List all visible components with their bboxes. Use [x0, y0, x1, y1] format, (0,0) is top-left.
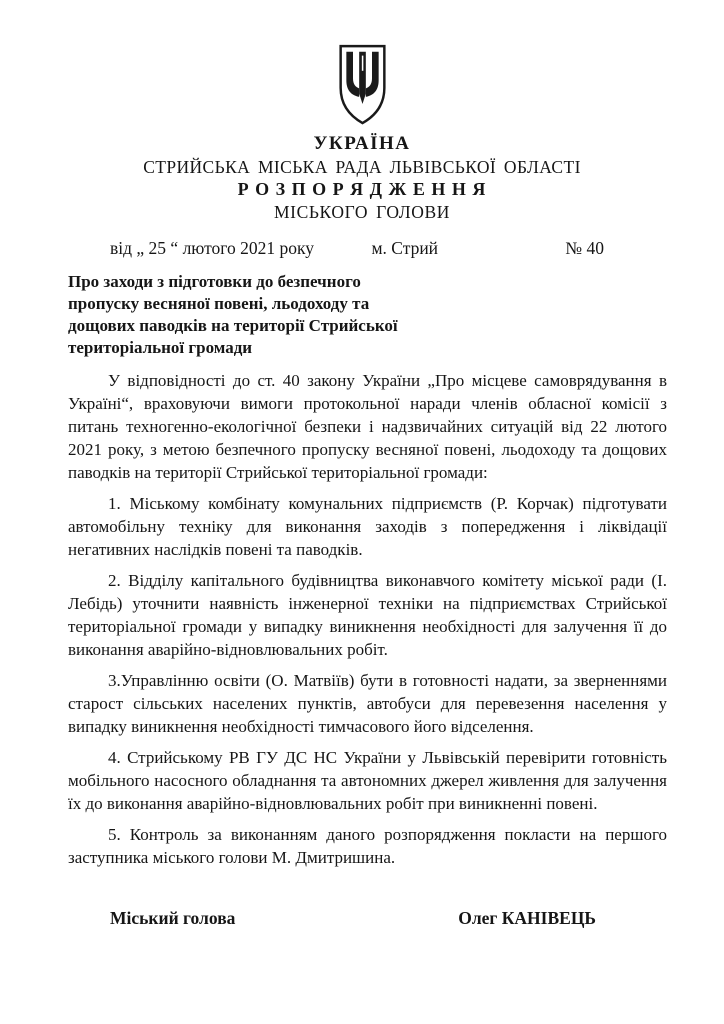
directive-item-3: 3.Управлінню освіти (О. Матвіїв) бути в …: [68, 669, 667, 738]
signature-name: Олег КАНІВЕЦЬ: [458, 907, 596, 929]
document-place: м. Стрий: [371, 237, 438, 259]
directive-item-4: 4. Стрийському РВ ГУ ДС НС України у Льв…: [68, 746, 667, 815]
document-date: від „ 25 “ лютого 2021 року: [110, 237, 314, 259]
document-number: № 40: [565, 237, 604, 259]
authority-title: СТРИЙСЬКА МІСЬКА РАДА ЛЬВІВСЬКОЇ ОБЛАСТІ: [0, 156, 724, 178]
directive-item-2: 2. Відділу капітального будівництва вико…: [68, 569, 667, 661]
document-header: УКРАЇНА СТРИЙСЬКА МІСЬКА РАДА ЛЬВІВСЬКОЇ…: [0, 0, 724, 223]
issuer-title: МІСЬКОГО ГОЛОВИ: [0, 201, 724, 223]
document-page: УКРАЇНА СТРИЙСЬКА МІСЬКА РАДА ЛЬВІВСЬКОЇ…: [0, 0, 724, 1024]
directive-item-1: 1. Міському комбінату комунальних підпри…: [68, 492, 667, 561]
document-meta-row: від „ 25 “ лютого 2021 року м. Стрий № 4…: [0, 237, 724, 259]
directive-item-5: 5. Контроль за виконанням даного розпоря…: [68, 823, 667, 869]
signature-row: Міський голова Олег КАНІВЕЦЬ: [110, 907, 596, 929]
document-type-title: Р О З П О Р Я Д Ж Е Н Н Я: [0, 178, 724, 201]
document-subject: Про заходи з підготовки до безпечного пр…: [68, 271, 498, 359]
ukraine-trident-emblem: [334, 44, 391, 128]
country-title: УКРАЇНА: [0, 132, 724, 156]
intro-paragraph: У відповідності до ст. 40 закону України…: [68, 369, 667, 484]
document-body: У відповідності до ст. 40 закону України…: [68, 369, 667, 869]
signature-title: Міський голова: [110, 907, 235, 929]
